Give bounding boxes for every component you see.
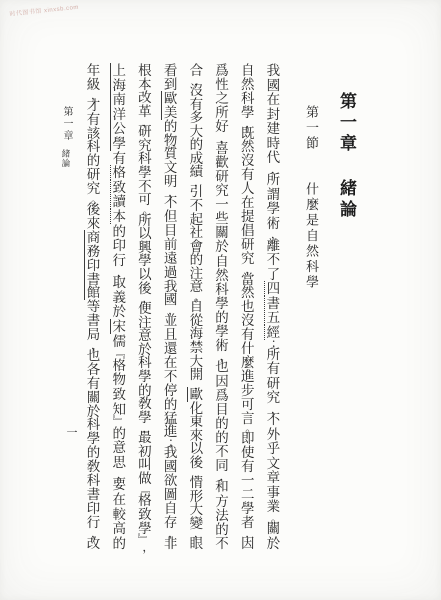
glyph: ， — [194, 76, 209, 82]
glyph: 質 — [163, 147, 178, 160]
glyph: 因 — [240, 537, 255, 550]
glyph: 科 — [240, 92, 255, 105]
glyph: ， — [245, 118, 260, 124]
page-number: 一 — [62, 424, 82, 440]
text-column: 年級，才有該科的研究。後來商務印書館等書局，也各有關於科學的敎科書印行，改 — [81, 64, 106, 550]
text-column: 根本改革，研究科學不可。所以興學以後，便注意於科學的敎學，最初叫做『格致學』， — [132, 64, 157, 550]
glyph: 科 — [137, 152, 152, 165]
glyph: 究 — [137, 139, 152, 152]
glyph: 沒 — [240, 154, 255, 167]
glyph: ， — [194, 177, 209, 183]
glyph: 才 — [86, 99, 101, 112]
glyph: 所 — [266, 348, 281, 361]
glyph: ， — [271, 164, 286, 170]
glyph: 學 — [86, 432, 101, 445]
glyph: 本 — [137, 78, 152, 91]
glyph: 人 — [240, 182, 255, 195]
glyph: 章 — [266, 471, 281, 484]
glyph: 東 — [189, 415, 204, 428]
glyph: ， — [142, 542, 157, 548]
glyph: ， — [220, 471, 235, 477]
glyph: 有 — [240, 328, 255, 341]
glyph: 於 — [86, 405, 101, 418]
glyph: 社 — [189, 226, 204, 239]
glyph: 外 — [266, 428, 281, 441]
glyph: 之 — [215, 92, 230, 105]
glyph: 因 — [215, 375, 230, 388]
glyph: 自 — [240, 64, 255, 77]
glyph: 義 — [112, 291, 127, 304]
scanned-book-page: 时代图书馆 xinxsb.com 第一章緒論 第一節什麼是自然科學 我國在封建時… — [0, 0, 441, 600]
glyph: ， — [194, 528, 209, 534]
glyph: 興 — [137, 241, 152, 254]
glyph: 不 — [266, 253, 281, 266]
glyph: 研 — [215, 170, 230, 183]
glyph: ； — [168, 437, 183, 443]
glyph: 成 — [189, 152, 204, 165]
glyph: 改 — [137, 91, 152, 104]
glyph: 商 — [86, 231, 101, 244]
glyph: 南 — [112, 93, 127, 106]
glyph: 些 — [215, 212, 230, 225]
glyph: 不 — [137, 180, 152, 193]
glyph: 謂 — [266, 188, 281, 201]
text-column: 上海南洋公學有格致讀本的印行，取義於宋儒『格物致知』的意思，要在較高的 — [107, 64, 132, 550]
glyph: 大 — [189, 125, 204, 138]
glyph: 讀 — [112, 195, 127, 208]
glyph: 國 — [266, 79, 281, 92]
glyph: 然 — [240, 78, 255, 91]
glyph: 研 — [240, 238, 255, 251]
glyph: 目 — [163, 224, 178, 237]
glyph: 我 — [163, 446, 178, 459]
glyph: 書 — [86, 273, 101, 286]
glyph: 。 — [271, 513, 286, 519]
glyph: 停 — [163, 384, 178, 397]
glyph: 於 — [266, 537, 281, 550]
glyph: 不 — [215, 537, 230, 550]
glyph: 的 — [189, 138, 204, 151]
glyph: 書 — [86, 314, 101, 327]
glyph: 關 — [86, 391, 101, 404]
margin-section-label: 緒論 — [61, 149, 71, 168]
glyph: 引 — [189, 185, 204, 198]
glyph: 年 — [86, 64, 101, 77]
glyph: 學 — [112, 137, 127, 150]
glyph: 形 — [189, 490, 204, 503]
glyph: 格 — [137, 494, 152, 507]
glyph: 以 — [189, 442, 204, 455]
glyph: 性 — [215, 78, 230, 91]
glyph: 後 — [86, 203, 101, 216]
glyph: 前 — [163, 238, 178, 251]
glyph: 的 — [137, 384, 152, 397]
glyph: ， — [117, 469, 132, 475]
glyph: ， — [168, 187, 183, 193]
glyph: 物 — [163, 134, 178, 147]
glyph: 不 — [163, 196, 178, 209]
glyph: 既 — [240, 127, 255, 140]
glyph: 事 — [266, 486, 281, 499]
glyph: 歐 — [163, 92, 178, 105]
glyph: 致 — [112, 388, 127, 401]
glyph: 所 — [137, 214, 152, 227]
glyph: 的 — [112, 225, 127, 238]
text-column: 我國在封建時代，所謂學術，離不了四書五經；所有研究，不外乎文章事業。關於 — [261, 64, 286, 550]
glyph: 多 — [189, 111, 204, 124]
glyph: 所 — [266, 173, 281, 186]
glyph: 沒 — [240, 314, 255, 327]
glyph: ， — [245, 264, 260, 270]
glyph: 高 — [112, 522, 127, 535]
margin-running-title: 第一章緒論 — [59, 106, 74, 168]
glyph: 的 — [112, 427, 127, 440]
glyph: 的 — [163, 398, 178, 411]
glyph: 便 — [137, 302, 152, 315]
glyph: 書 — [266, 297, 281, 310]
glyph: 起 — [189, 213, 204, 226]
glyph: 眼 — [189, 537, 204, 550]
glyph: ， — [271, 404, 286, 410]
glyph: 即 — [240, 432, 255, 445]
glyph: 。 — [91, 194, 106, 200]
glyph: 學 — [137, 166, 152, 179]
body-text: 我國在封建時代，所謂學術，離不了四書五經；所有研究，不外乎文章事業。關於自然科學… — [81, 64, 286, 550]
glyph: 本 — [112, 210, 127, 223]
library-watermark: 时代图书馆 xinxsb.com — [9, 2, 79, 18]
glyph: ， — [168, 528, 183, 534]
glyph: 研 — [86, 168, 101, 181]
glyph: 較 — [112, 508, 127, 521]
glyph: 學 — [137, 254, 152, 267]
glyph: 究 — [215, 184, 230, 197]
glyph: 有 — [86, 113, 101, 126]
glyph: 自 — [215, 255, 230, 268]
glyph: 。 — [245, 423, 260, 429]
glyph: 在 — [112, 493, 127, 506]
glyph: 意 — [137, 329, 152, 342]
glyph: 格 — [112, 359, 127, 372]
glyph: 離 — [266, 239, 281, 252]
glyph: 的 — [112, 537, 127, 550]
glyph: 使 — [240, 446, 255, 459]
glyph: 一 — [215, 198, 230, 211]
glyph: 致 — [112, 181, 127, 194]
glyph: 情 — [189, 476, 204, 489]
glyph: 可 — [240, 398, 255, 411]
glyph: 並 — [163, 314, 178, 327]
section-title: 第一節什麼是自然科學 — [302, 105, 321, 290]
glyph: 化 — [189, 402, 204, 415]
glyph: 學 — [137, 370, 152, 383]
glyph: 的 — [215, 523, 230, 536]
glyph: 最 — [137, 431, 152, 444]
glyph: 有 — [86, 377, 101, 390]
section-label: 第一節 — [304, 105, 319, 152]
glyph: 印 — [112, 239, 127, 252]
glyph: 也 — [86, 349, 101, 362]
glyph: 叫 — [137, 458, 152, 471]
glyph: 也 — [240, 300, 255, 313]
glyph: 和 — [215, 480, 230, 493]
glyph: 注 — [137, 316, 152, 329]
glyph: 自 — [189, 300, 204, 313]
glyph: 學 — [215, 325, 230, 338]
glyph: 來 — [86, 217, 101, 230]
glyph: 不 — [189, 199, 204, 212]
glyph: 所 — [215, 106, 230, 119]
glyph: 什 — [240, 342, 255, 355]
glyph: 於 — [137, 343, 152, 356]
glyph: 一 — [240, 474, 255, 487]
glyph: 的 — [86, 446, 101, 459]
glyph: 科 — [86, 474, 101, 487]
glyph: 該 — [86, 127, 101, 140]
glyph: 致 — [137, 508, 152, 521]
glyph: 公 — [112, 122, 127, 135]
glyph: 建 — [266, 122, 281, 135]
glyph: 還 — [163, 342, 178, 355]
glyph: 關 — [215, 226, 230, 239]
glyph: 遠 — [163, 252, 178, 265]
glyph: ， — [142, 117, 157, 123]
glyph: 上 — [112, 64, 127, 77]
glyph: 的 — [215, 311, 230, 324]
glyph: 科 — [86, 418, 101, 431]
glyph: 法 — [215, 509, 230, 522]
glyph: 歡 — [215, 156, 230, 169]
glyph: 敎 — [86, 460, 101, 473]
glyph: 學 — [240, 502, 255, 515]
glyph: 美 — [163, 106, 178, 119]
glyph: 改 — [86, 537, 101, 550]
chapter-name: 緒論 — [337, 179, 356, 221]
glyph: 在 — [266, 93, 281, 106]
glyph: 來 — [189, 429, 204, 442]
glyph: ， — [142, 423, 157, 429]
glyph: ， — [117, 267, 132, 273]
glyph: 當 — [240, 273, 255, 286]
glyph: 從 — [189, 314, 204, 327]
glyph: 然 — [240, 286, 255, 299]
glyph: 取 — [112, 276, 127, 289]
glyph: 但 — [163, 210, 178, 223]
glyph: 目 — [215, 403, 230, 416]
glyph: 的 — [215, 431, 230, 444]
glyph: 不 — [266, 413, 281, 426]
glyph: 以 — [137, 268, 152, 281]
glyph: 倡 — [240, 224, 255, 237]
glyph: ， — [91, 528, 106, 534]
glyph: 乎 — [266, 442, 281, 455]
glyph: 。 — [142, 205, 157, 211]
glyph: 書 — [86, 488, 101, 501]
glyph: 爲 — [215, 389, 230, 402]
text-column: 看到歐美的物質文明，不但目前遠過我國，並且還在不停的猛進；我國欲圖自存，非 — [158, 64, 183, 550]
glyph: 的 — [163, 120, 178, 133]
glyph: 圖 — [163, 488, 178, 501]
glyph: 不 — [215, 445, 230, 458]
text-column: 自然科學，既然沒有人在提倡研究，當然也沒有什麼進步可言。即使有一二學者，因 — [235, 64, 260, 550]
glyph: 自 — [163, 502, 178, 515]
section-name: 什麼是自然科學 — [304, 182, 319, 291]
glyph: 有 — [240, 460, 255, 473]
glyph: 海 — [189, 327, 204, 340]
glyph: 二 — [240, 488, 255, 501]
glyph: 學 — [215, 297, 230, 310]
glyph: 看 — [163, 64, 178, 77]
glyph: 大 — [189, 503, 204, 516]
glyph: ， — [168, 305, 183, 311]
glyph: 洋 — [112, 108, 127, 121]
glyph: 文 — [163, 161, 178, 174]
glyph: 科 — [137, 356, 152, 369]
glyph: 且 — [163, 328, 178, 341]
glyph: 爲 — [215, 64, 230, 77]
chapter-title: 第一章緒論 — [334, 92, 359, 221]
glyph: 關 — [266, 522, 281, 535]
glyph: ， — [91, 90, 106, 96]
glyph: 不 — [163, 370, 178, 383]
glyph: 等 — [86, 300, 101, 313]
glyph: ， — [220, 351, 235, 357]
glyph: 四 — [266, 282, 281, 295]
glyph: 的 — [215, 417, 230, 430]
glyph: 的 — [189, 253, 204, 266]
glyph: 封 — [266, 108, 281, 121]
glyph: 科 — [86, 140, 101, 153]
glyph: 科 — [215, 283, 230, 296]
glyph: 有 — [240, 168, 255, 181]
glyph: ， — [194, 380, 209, 386]
glyph: 在 — [240, 196, 255, 209]
glyph: 我 — [163, 280, 178, 293]
glyph: ， — [245, 528, 260, 534]
glyph: 以 — [137, 227, 152, 240]
glyph: 到 — [163, 78, 178, 91]
glyph: 研 — [137, 125, 152, 138]
glyph: 國 — [163, 460, 178, 473]
glyph: 館 — [86, 286, 101, 299]
glyph: 麼 — [240, 356, 255, 369]
glyph: 有 — [266, 362, 281, 375]
glyph: ， — [194, 468, 209, 474]
glyph: 五 — [266, 311, 281, 324]
glyph: 格 — [112, 166, 127, 179]
glyph: 提 — [240, 210, 255, 223]
glyph: 於 — [112, 305, 127, 318]
glyph: 大 — [189, 355, 204, 368]
glyph: 欲 — [163, 474, 178, 487]
glyph: 初 — [137, 445, 152, 458]
glyph: 有 — [189, 98, 204, 111]
glyph: ， — [271, 229, 286, 235]
glyph: 根 — [137, 64, 152, 77]
text-column: 爲性之所好，喜歡研究一些關於自然科學的學術，也因爲目的的不同，和方法的不 — [210, 64, 235, 550]
glyph: 印 — [86, 502, 101, 515]
glyph: 注 — [189, 267, 204, 280]
glyph: ； — [271, 338, 286, 344]
glyph: 會 — [189, 240, 204, 253]
glyph: 歐 — [189, 388, 204, 401]
glyph: 時 — [266, 137, 281, 150]
glyph: 然 — [215, 269, 230, 282]
glyph: 猛 — [163, 412, 178, 425]
glyph: 各 — [86, 363, 101, 376]
glyph: 印 — [86, 259, 101, 272]
glyph: 進 — [240, 370, 255, 383]
glyph: 禁 — [189, 341, 204, 354]
glyph: 宋 — [112, 320, 127, 333]
glyph: 。 — [194, 292, 209, 298]
glyph: 沒 — [189, 84, 204, 97]
glyph: 敎 — [137, 397, 152, 410]
glyph: ， — [220, 133, 235, 139]
glyph: ， — [91, 340, 106, 346]
glyph: 喜 — [215, 142, 230, 155]
text-column: 合，沒有多大的成績，引不起社會的注意。自從海禁大開，歐化東來以後，情形大變，眼 — [184, 64, 209, 550]
glyph: 海 — [112, 79, 127, 92]
glyph: 也 — [215, 360, 230, 373]
glyph: 非 — [163, 537, 178, 550]
glyph: 步 — [240, 384, 255, 397]
glyph: 的 — [86, 154, 101, 167]
glyph: 研 — [266, 377, 281, 390]
glyph: 務 — [86, 245, 101, 258]
glyph: 學 — [266, 202, 281, 215]
chapter-label: 第一章 — [337, 92, 356, 155]
glyph: ， — [142, 293, 157, 299]
glyph: 過 — [163, 266, 178, 279]
glyph: 文 — [266, 457, 281, 470]
glyph: 我 — [266, 64, 281, 77]
glyph: 於 — [215, 240, 230, 253]
glyph: 意 — [112, 441, 127, 454]
margin-chapter-label: 第一章 — [61, 106, 72, 142]
glyph: 了 — [266, 268, 281, 281]
glyph: 要 — [112, 478, 127, 491]
glyph: 在 — [163, 356, 178, 369]
glyph: 然 — [240, 140, 255, 153]
glyph: 有 — [112, 152, 127, 165]
glyph: 方 — [215, 495, 230, 508]
glyph: 物 — [112, 373, 127, 386]
